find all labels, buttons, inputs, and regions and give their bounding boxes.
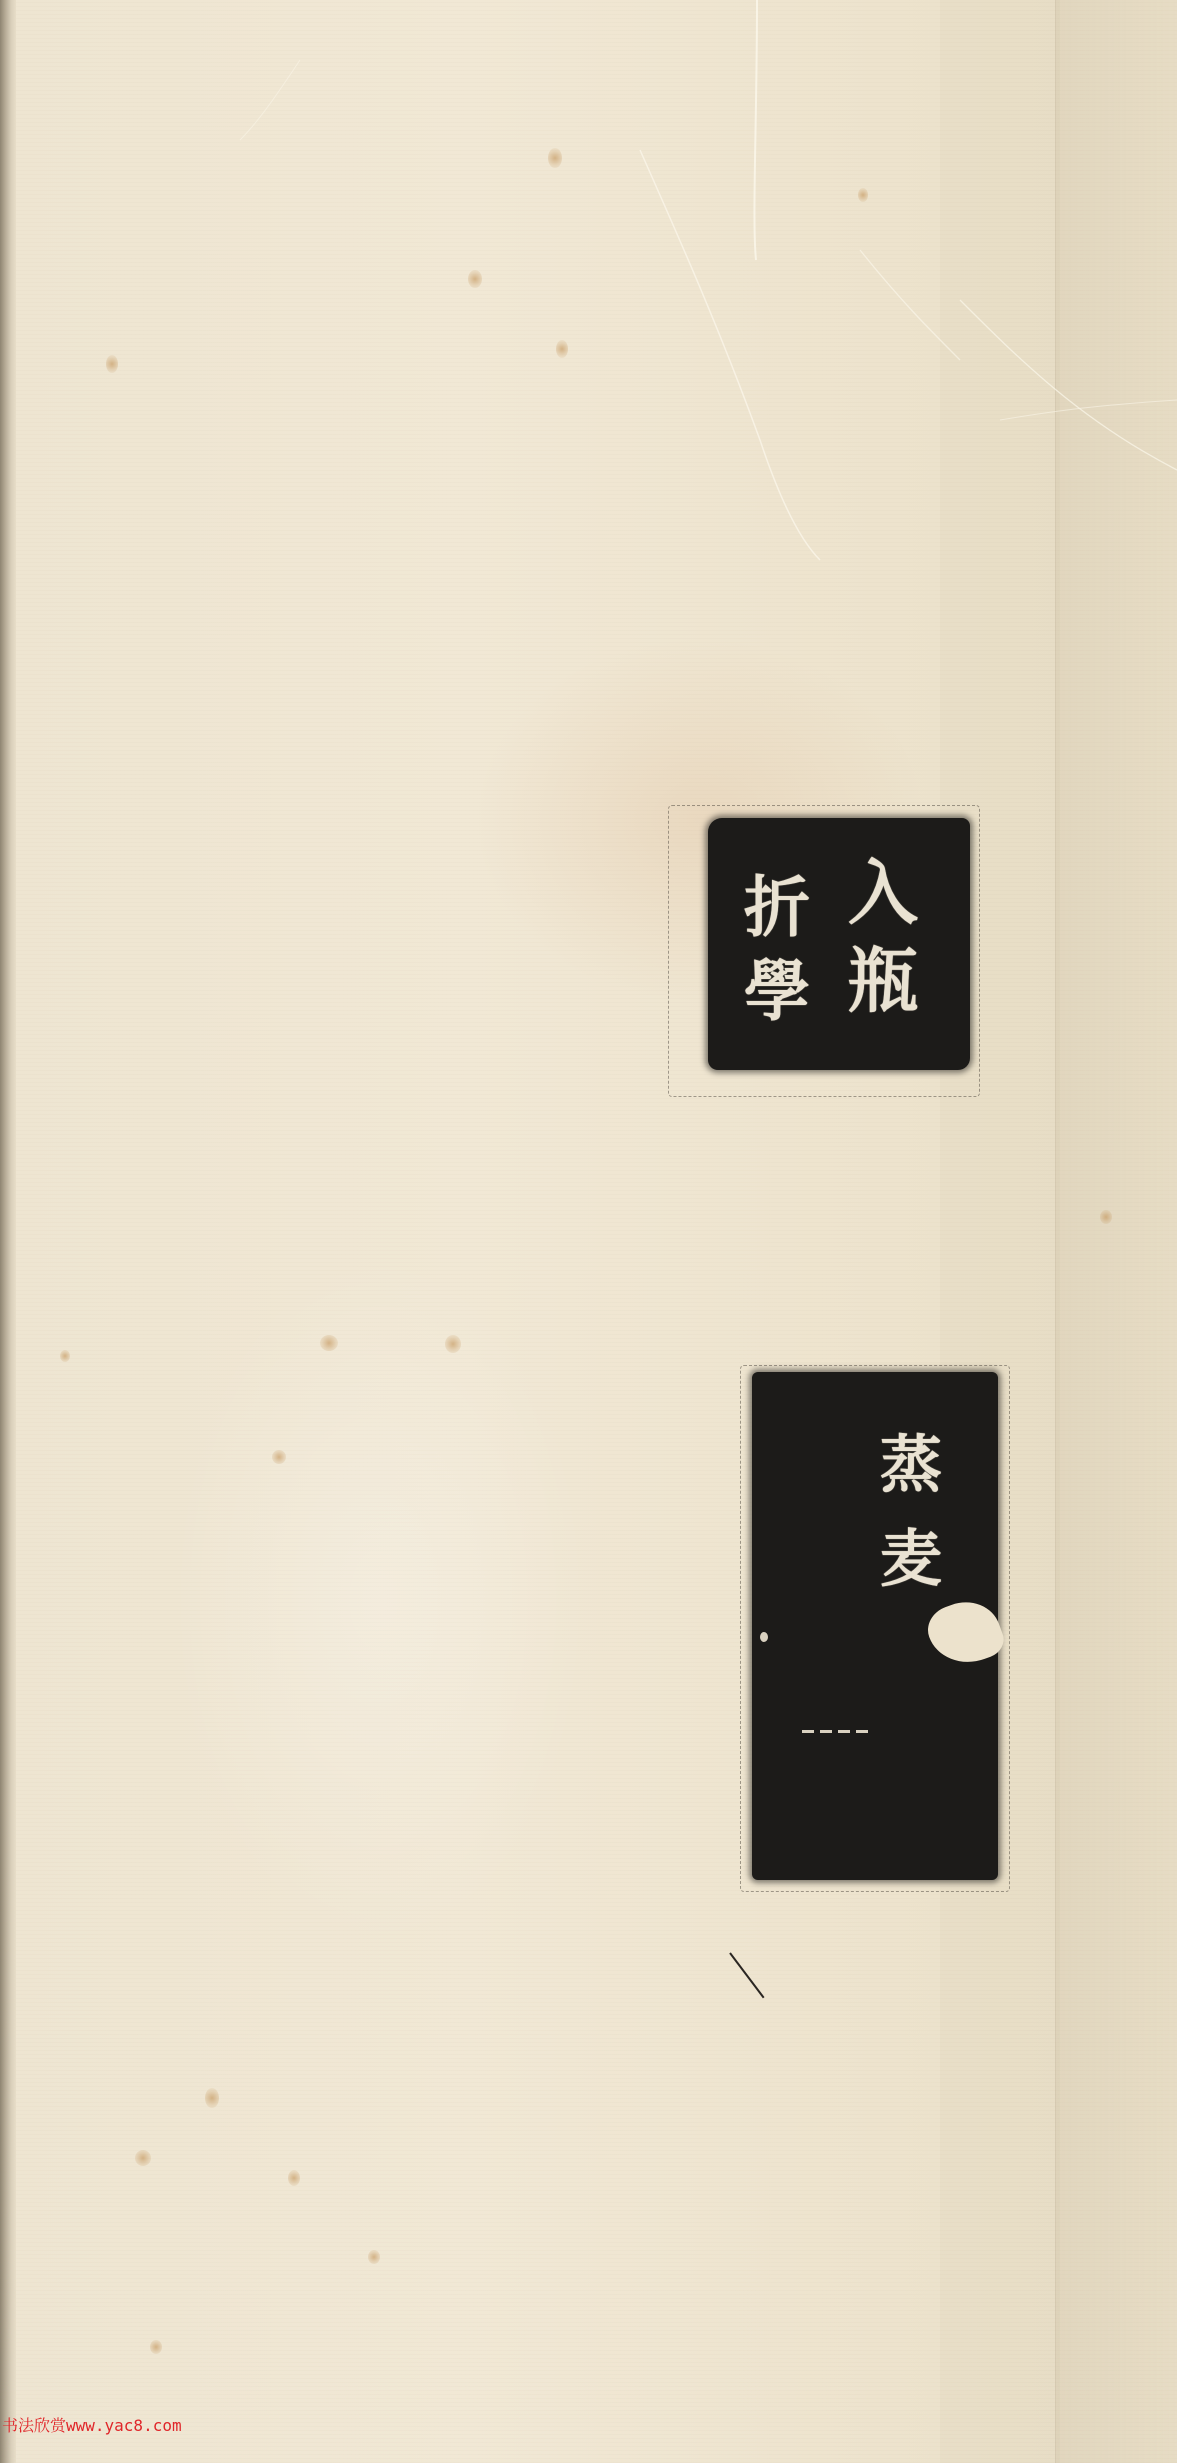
- seal-speck: [760, 1632, 768, 1642]
- seal-character: 蒸: [880, 1434, 942, 1496]
- foxing-spot: [106, 355, 118, 373]
- seal-character: 折: [744, 874, 810, 940]
- seal-character: 入: [848, 858, 918, 928]
- paper-overlap-strip: [940, 0, 1060, 2463]
- foxing-spot: [858, 188, 868, 202]
- album-page: 入 瓶 折 學 蒸 麦 书法欣赏www.yac8.com: [0, 0, 1177, 2463]
- seal-upper: 入 瓶 折 學: [708, 818, 970, 1070]
- foxing-spot: [150, 2340, 162, 2354]
- foxing-spot: [272, 1450, 286, 1464]
- foxing-spot: [135, 2150, 151, 2166]
- foxing-spot: [445, 1335, 461, 1353]
- seal-character: 瓶: [848, 946, 918, 1016]
- foxing-spot: [556, 340, 568, 358]
- seal-character: 麦: [880, 1528, 942, 1590]
- foxing-spot: [468, 270, 482, 288]
- foxing-spot: [368, 2250, 380, 2264]
- ink-stroke-mark: [729, 1952, 764, 1998]
- foxing-spot: [205, 2088, 219, 2108]
- foxing-spot: [1100, 1210, 1112, 1224]
- seal-lower: 蒸 麦: [752, 1372, 998, 1880]
- seal-character: 學: [744, 958, 810, 1024]
- foxing-spot: [320, 1335, 338, 1351]
- foxing-spot: [288, 2170, 300, 2186]
- seal-dashed-mark: [802, 1730, 868, 1733]
- foxing-spot: [548, 148, 562, 168]
- paper-right-strip: [1055, 0, 1177, 2463]
- binding-edge: [0, 0, 16, 2463]
- site-watermark: 书法欣赏www.yac8.com: [2, 2413, 182, 2436]
- seal-damage-chip: [922, 1592, 1009, 1674]
- foxing-spot: [60, 1350, 70, 1362]
